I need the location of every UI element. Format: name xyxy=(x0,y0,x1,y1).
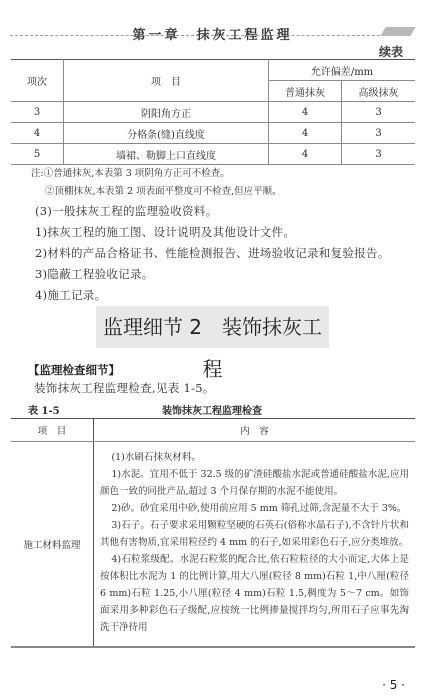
continued-label: 续表 xyxy=(379,43,403,60)
header-high: 高级抹灰 xyxy=(342,81,416,102)
header-item-no: 项次 xyxy=(11,60,64,102)
header-content: 内 容 xyxy=(94,419,416,442)
cell-item: 墙裙、勒脚上口直线度 xyxy=(64,144,269,165)
content-paragraph: 4)石粒浆级配。水泥石粒浆的配合比,依石粒粒径的大小而定,大体上是按体积比水泥为… xyxy=(100,551,409,636)
content-paragraph: 3)石子。石子要求采用颗粒坚硬的石英石(俗称水晶石子),不含针片状和其他有害物质… xyxy=(100,517,409,551)
header-item: 项 目 xyxy=(11,419,94,442)
row-content: (1)水刷石抹灰材料。 1)水泥。宜用不低于 32.5 级的矿渣硅酸盐水泥或普通… xyxy=(94,442,416,648)
cell-high: 3 xyxy=(342,102,416,123)
cell-item: 阴阳角方正 xyxy=(64,102,269,123)
cell-no: 4 xyxy=(11,123,64,144)
content-paragraph: 2)砂。砂宜采用中砂,使用前应用 5 mm 筛孔过筛,含泥量不大于 3%。 xyxy=(100,500,409,517)
inspection-heading: 【监理检查细节】 xyxy=(28,362,120,378)
cell-item: 分格条(缝)直线度 xyxy=(64,123,269,144)
header-tolerance-group: 允许偏差/mm xyxy=(269,60,416,81)
cell-high: 3 xyxy=(342,144,416,165)
cell-high: 3 xyxy=(342,123,416,144)
header-divider xyxy=(10,35,385,36)
acceptance-item: 4)施工记录。 xyxy=(35,287,106,303)
table-caption: 装饰抹灰工程监理检查 xyxy=(162,402,262,417)
table-row: 5 墙裙、勒脚上口直线度 4 3 xyxy=(11,144,415,165)
table-row: 4 分格条(缝)直线度 4 3 xyxy=(11,123,415,144)
cell-no: 5 xyxy=(11,144,64,165)
table-number: 表 1-5 xyxy=(28,402,60,417)
cell-normal: 4 xyxy=(269,144,342,165)
cell-no: 3 xyxy=(11,102,64,123)
row-label: 施工材料监理 xyxy=(11,442,94,648)
acceptance-title: (3)一般抹灰工程的监理验收资料。 xyxy=(35,203,217,219)
acceptance-item: 3)隐蔽工程验收记录。 xyxy=(35,266,154,282)
acceptance-item: 2)材料的产品合格证书、性能检测报告、进场验收记录和复验报告。 xyxy=(35,245,390,261)
inspection-intro: 装饰抹灰工程监理检查,见表 1-5。 xyxy=(34,380,215,396)
header-item: 项 目 xyxy=(64,60,269,102)
content-paragraph: (1)水刷石抹灰材料。 xyxy=(100,449,409,466)
header-tab-decoration xyxy=(380,27,415,36)
note-2: ②顶棚抹灰,本表第 2 项表面平整度可不检查,但应平顺。 xyxy=(45,183,282,197)
running-head: 第一章 抹灰工程监理 xyxy=(0,24,425,43)
table-row: 3 阴阳角方正 4 3 xyxy=(11,102,415,123)
cell-normal: 4 xyxy=(269,102,342,123)
content-paragraph: 1)水泥。宜用不低于 32.5 级的矿渣硅酸盐水泥或普通硅酸盐水泥,应用颜色一致… xyxy=(100,466,409,500)
cell-normal: 4 xyxy=(269,123,342,144)
header-normal: 普通抹灰 xyxy=(269,81,342,102)
note-1: 注:①普通抹灰,本表第 3 项阴角方正可不检查。 xyxy=(31,165,230,179)
table-row: 施工材料监理 (1)水刷石抹灰材料。 1)水泥。宜用不低于 32.5 级的矿渣硅… xyxy=(11,442,415,648)
page-number: · 5 · xyxy=(382,678,405,692)
inspection-table: 项 目 内 容 施工材料监理 (1)水刷石抹灰材料。 1)水泥。宜用不低于 32… xyxy=(11,418,415,648)
tolerance-table: 项次 项 目 允许偏差/mm 普通抹灰 高级抹灰 3 阴阳角方正 4 3 4 分… xyxy=(11,59,415,165)
section-title: 监理细节 2 装饰抹灰工程 xyxy=(96,306,329,348)
acceptance-item: 1)抹灰工程的施工图、设计说明及其他设计文件。 xyxy=(35,224,295,240)
